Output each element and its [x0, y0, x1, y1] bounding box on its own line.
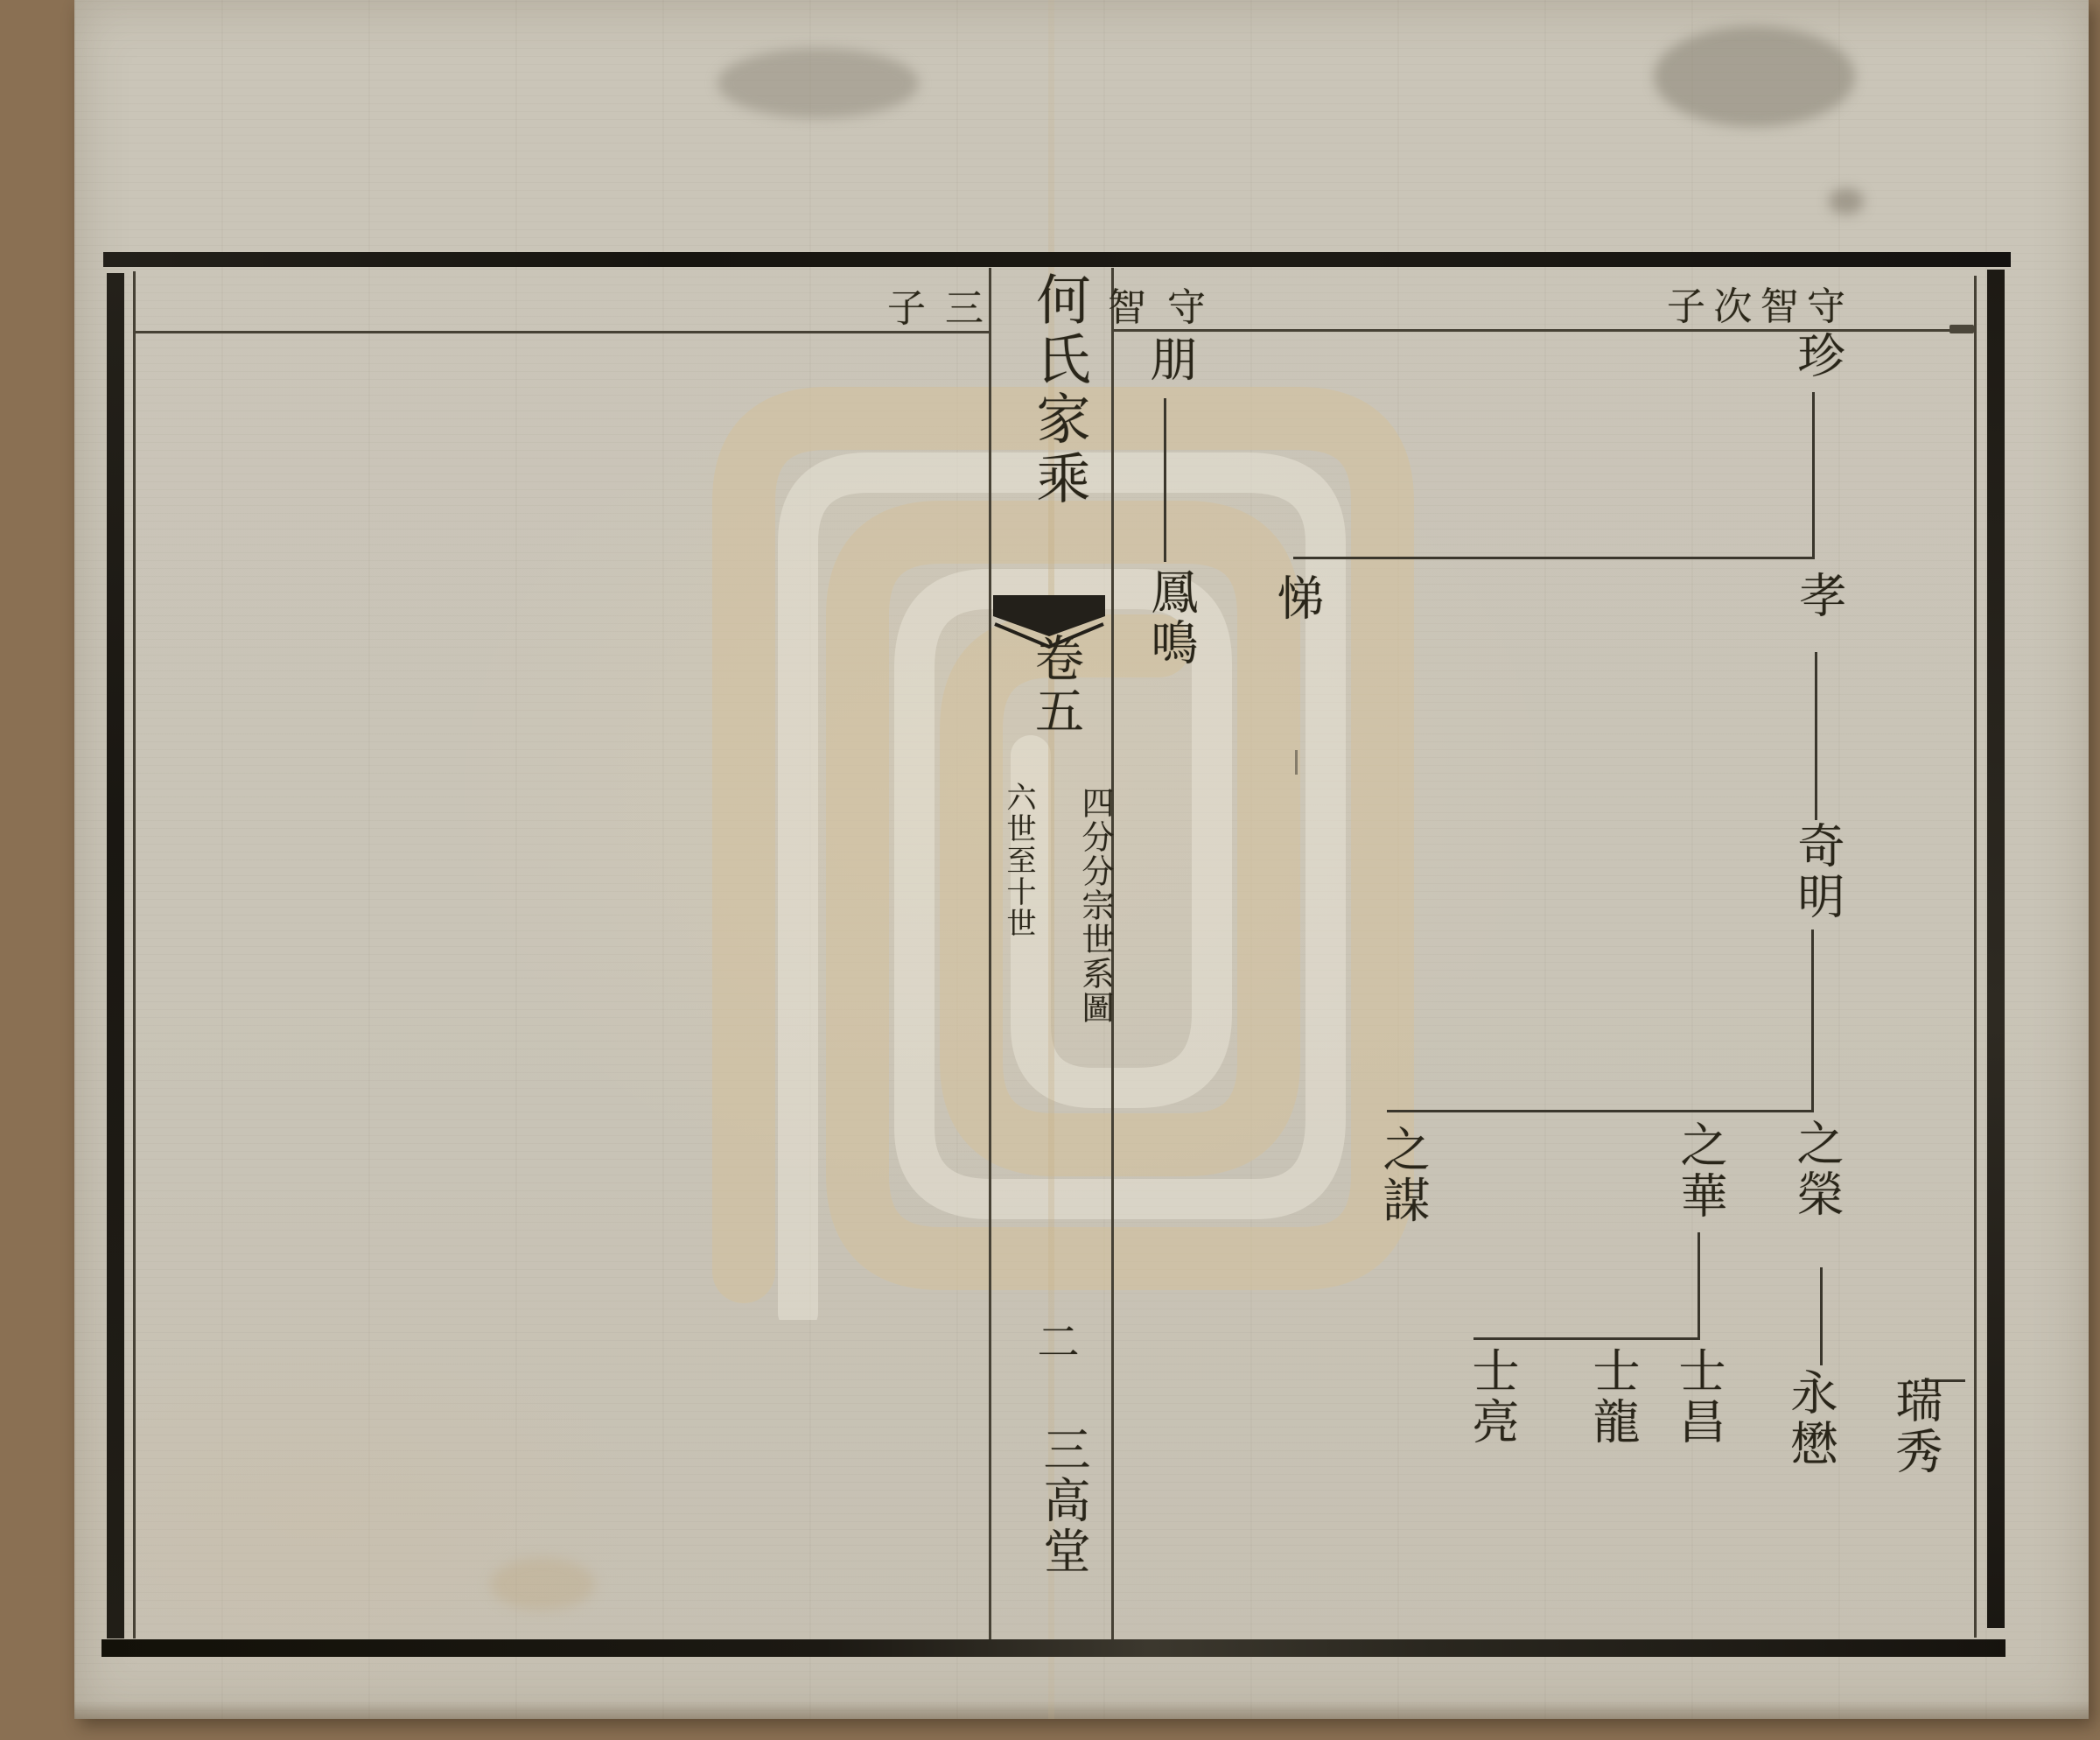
header-char: 子: [887, 277, 926, 333]
banxin-generation-range: 六世至十世: [1000, 782, 1036, 939]
link-zhen-drop: [1812, 392, 1815, 558]
header-char: 智: [1108, 276, 1146, 332]
link-peng-fengming: [1164, 398, 1166, 562]
frame-top-border: [103, 252, 2011, 267]
frame-bottom-border: [101, 1639, 2005, 1657]
banxin-hall-name: 三高堂: [1027, 1425, 1098, 1577]
rail-zhen-children: [1293, 557, 1815, 559]
person-ruixiu: 瑞秀: [1887, 1376, 1943, 1477]
link-zhihua-drop: [1697, 1232, 1700, 1339]
header-char: 守: [1807, 275, 1845, 331]
link-zhirong-yongmao: [1820, 1267, 1823, 1365]
header-char: 子: [1667, 275, 1705, 331]
header-rule-end-blob: [1949, 325, 1974, 333]
ink-bleed-smudge: [1829, 188, 1864, 214]
watermark-outer-spiral: [744, 418, 1382, 1272]
header-right-chain-label: 守智次子: [1667, 275, 1845, 331]
banxin-left-rule: [989, 268, 991, 1639]
banxin-page-number: 二: [1029, 1320, 1078, 1365]
paper-bottom-edge: [74, 1701, 2089, 1719]
person-peng: 朋: [1142, 334, 1198, 385]
person-zhirong: 之榮: [1788, 1119, 1844, 1220]
person-xiao: 孝: [1791, 571, 1847, 621]
person-ti: 悌: [1269, 573, 1325, 624]
link-qiming-drop: [1811, 930, 1814, 1112]
person-yongmao: 永懋: [1782, 1368, 1838, 1470]
person-zhihua: 之華: [1672, 1120, 1728, 1222]
header-left-chain-label: 三子: [887, 277, 983, 333]
ink-bleed-smudge: [717, 48, 919, 118]
person-shichang: 士昌: [1670, 1346, 1726, 1448]
person-zhen: 珍: [1789, 331, 1845, 382]
person-qiming: 奇明: [1789, 821, 1845, 923]
frame-right-border: [1987, 270, 2005, 1628]
header-char: 次: [1713, 275, 1752, 331]
banxin-section-title: 四分分宗世系圖: [1073, 786, 1115, 1025]
frame-left-innerline: [133, 271, 136, 1638]
rail-zhihua-children: [1473, 1337, 1700, 1340]
frame-right-innerline: [1974, 276, 1977, 1638]
link-xiao-qiming: [1815, 652, 1817, 820]
banxin-book-title: 何氏家乘: [1022, 271, 1094, 509]
header-rule-left-half: [136, 331, 990, 333]
stray-mark: [1295, 750, 1298, 775]
header-char: 智: [1760, 275, 1799, 331]
aging-spot: [490, 1558, 595, 1610]
header-char: 三: [945, 277, 983, 333]
banxin-volume: 卷五: [1025, 633, 1085, 738]
person-shiliang: 士亮: [1464, 1346, 1520, 1448]
header-char: 守: [1167, 276, 1206, 332]
frame-left-border: [107, 273, 124, 1638]
person-fengming: 鳳鳴: [1143, 567, 1199, 669]
header-inner-right-label: 守智: [1108, 276, 1206, 332]
person-shilong: 士龍: [1585, 1346, 1641, 1448]
person-zhimou: 之謀: [1375, 1125, 1431, 1226]
ink-bleed-smudge: [1654, 26, 1855, 127]
rail-qiming-children: [1387, 1110, 1814, 1112]
